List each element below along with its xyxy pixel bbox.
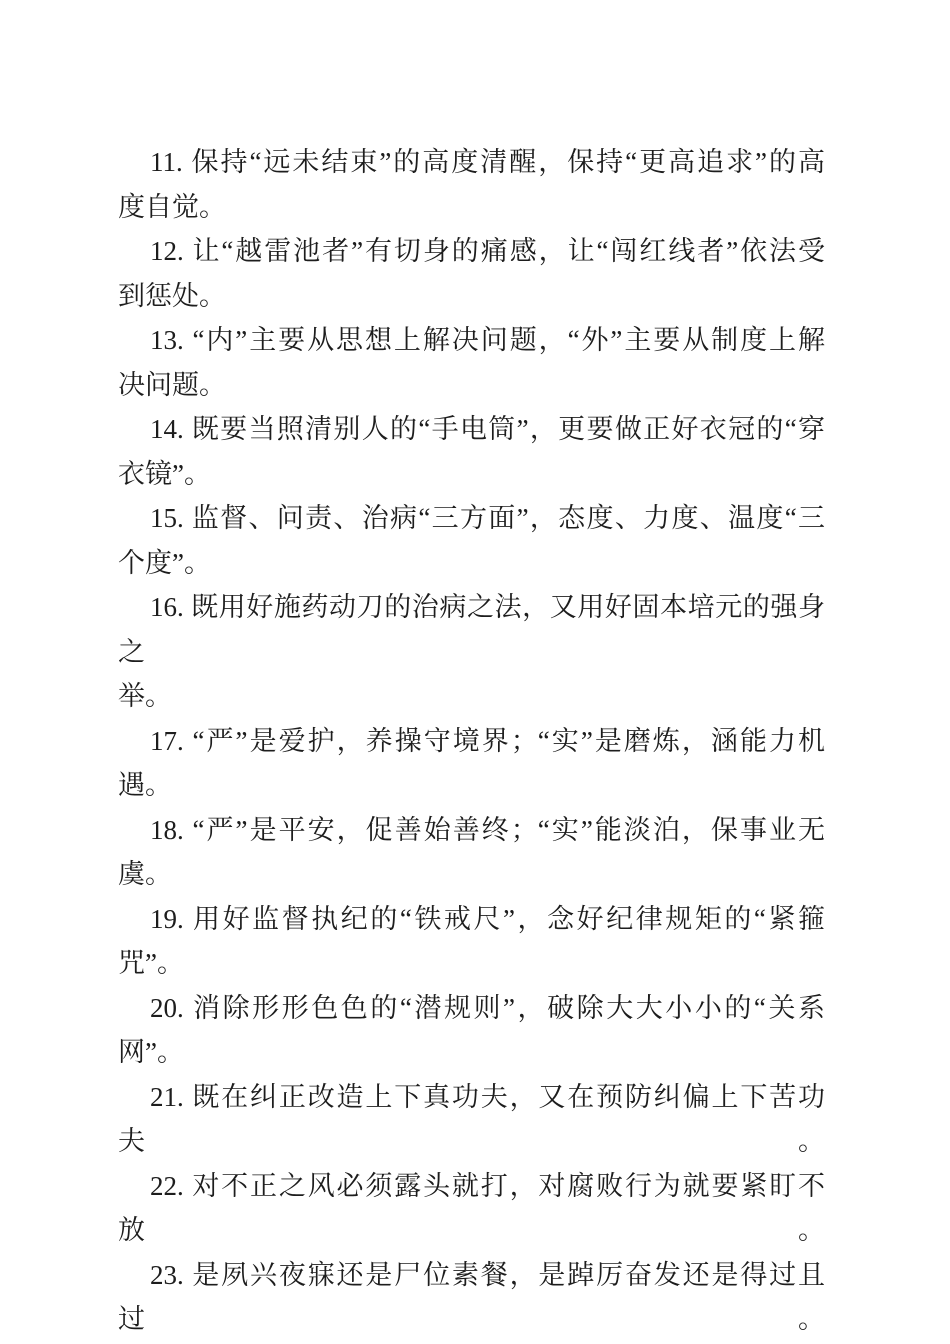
list-item-continuation-line: 衣镜”。	[118, 452, 825, 497]
list-item-continuation-line: 虞。	[118, 852, 825, 897]
list-item: 18. “严”是平安，促善始善终；“实”能淡泊，保事业无虞。	[118, 808, 825, 897]
list-item-first-line: 14. 既要当照清别人的“手电筒”，更要做正好衣冠的“穿	[118, 407, 825, 452]
list-item-continuation-line: 举。	[118, 674, 825, 719]
numbered-list: 11. 保持“远未结束”的高度清醒，保持“更高追求”的高度自觉。12. 让“越雷…	[0, 0, 950, 1342]
list-item-continuation-line: 遇。	[118, 763, 825, 808]
list-item: 13. “内”主要从思想上解决问题，“外”主要从制度上解决问题。	[118, 318, 825, 407]
list-item: 17. “严”是爱护，养操守境界；“实”是磨炼，涵能力机遇。	[118, 719, 825, 808]
list-item-first-line: 18. “严”是平安，促善始善终；“实”能淡泊，保事业无	[118, 808, 825, 853]
list-item-continuation-line: 到惩处。	[118, 274, 825, 319]
list-item-first-line: 19. 用好监督执纪的“铁戒尺”，念好纪律规矩的“紧箍	[118, 897, 825, 942]
list-item: 15. 监督、问责、治病“三方面”，态度、力度、温度“三个度”。	[118, 496, 825, 585]
list-item: 22. 对不正之风必须露头就打，对腐败行为就要紧盯不放。	[118, 1164, 825, 1253]
list-item-first-line: 11. 保持“远未结束”的高度清醒，保持“更高追求”的高	[118, 140, 825, 185]
list-item: 19. 用好监督执纪的“铁戒尺”，念好纪律规矩的“紧箍咒”。	[118, 897, 825, 986]
list-item: 21. 既在纠正改造上下真功夫，又在预防纠偏上下苦功夫。	[118, 1075, 825, 1164]
list-item-continuation-line: 决问题。	[118, 363, 825, 408]
list-item-first-line: 12. 让“越雷池者”有切身的痛感，让“闯红线者”依法受	[118, 229, 825, 274]
list-item-continuation-line: 度自觉。	[118, 185, 825, 230]
list-item-continuation-line: 个度”。	[118, 541, 825, 586]
list-item: 20. 消除形形色色的“潜规则”，破除大大小小的“关系网”。	[118, 986, 825, 1075]
list-item-first-line: 13. “内”主要从思想上解决问题，“外”主要从制度上解	[118, 318, 825, 363]
list-item: 23. 是夙兴夜寐还是尸位素餐，是踔厉奋发还是得过且过。	[118, 1253, 825, 1342]
list-item-first-line: 15. 监督、问责、治病“三方面”，态度、力度、温度“三	[118, 496, 825, 541]
list-item-first-line: 17. “严”是爱护，养操守境界；“实”是磨炼，涵能力机	[118, 719, 825, 764]
list-item-first-line: 21. 既在纠正改造上下真功夫，又在预防纠偏上下苦功夫。	[118, 1075, 825, 1164]
list-item: 12. 让“越雷池者”有切身的痛感，让“闯红线者”依法受到惩处。	[118, 229, 825, 318]
list-item: 14. 既要当照清别人的“手电筒”，更要做正好衣冠的“穿衣镜”。	[118, 407, 825, 496]
list-item-continuation-line: 咒”。	[118, 941, 825, 986]
list-item-continuation-line: 网”。	[118, 1030, 825, 1075]
list-item-first-line: 20. 消除形形色色的“潜规则”，破除大大小小的“关系	[118, 986, 825, 1031]
list-item: 11. 保持“远未结束”的高度清醒，保持“更高追求”的高度自觉。	[118, 140, 825, 229]
list-item: 16. 既用好施药动刀的治病之法，又用好固本培元的强身之举。	[118, 585, 825, 719]
document-page: 11. 保持“远未结束”的高度清醒，保持“更高追求”的高度自觉。12. 让“越雷…	[0, 0, 950, 1344]
list-item-first-line: 16. 既用好施药动刀的治病之法，又用好固本培元的强身之	[118, 585, 825, 674]
list-item-first-line: 23. 是夙兴夜寐还是尸位素餐，是踔厉奋发还是得过且过。	[118, 1253, 825, 1342]
list-item-first-line: 22. 对不正之风必须露头就打，对腐败行为就要紧盯不放。	[118, 1164, 825, 1253]
